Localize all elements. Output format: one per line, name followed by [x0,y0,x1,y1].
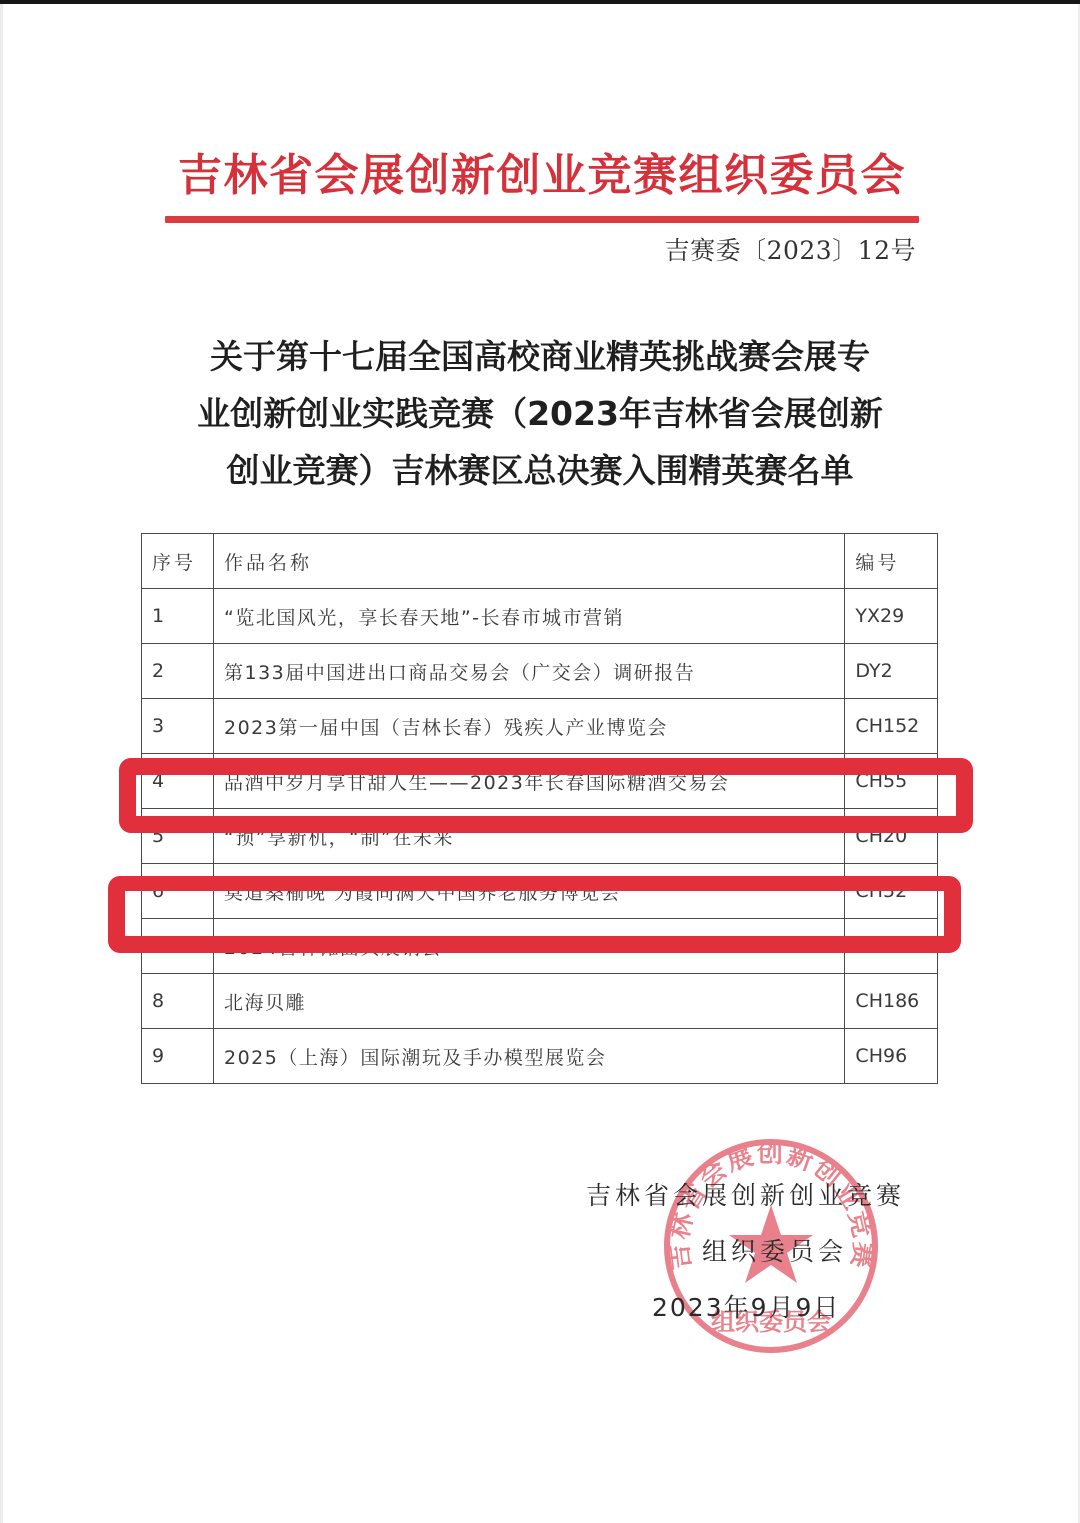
row-seq: 2 [142,644,214,699]
row-seq: 8 [142,974,214,1029]
table-row: 3 2023第一届中国（吉林长春）残疾人产业博览会 CH152 [142,699,938,754]
row-name: 2025（上海）国际潮玩及手办模型展览会 [213,1029,844,1084]
row-name: 北海贝雕 [213,974,844,1029]
table-row: 5 “预”享新机，“制”在未来 CH20 [142,809,938,864]
notice-title: 关于第十七届全国高校商业精英挑战赛会展专 业创新创业实践竞赛（2023年吉林省会… [160,328,920,499]
row-seq: 1 [142,589,214,644]
row-code: CH20 [845,809,938,864]
table-row: 8 北海贝雕 CH186 [142,974,938,1029]
row-name: 品酒中岁月享甘甜人生——2023年长春国际糖酒交易会 [213,754,844,809]
letterhead-organization: 吉林省会展创新创业竞赛组织委员会 [160,148,924,204]
row-code: CH55 [845,754,938,809]
row-code: CH96 [845,1029,938,1084]
row-name: “预”享新机，“制”在未来 [213,809,844,864]
row-code: CH52 [845,864,938,919]
letterhead-divider [165,216,919,223]
row-code: DY2 [845,644,938,699]
signature-org-line-1: 吉林省会展创新创业竞赛 [560,1168,920,1224]
table-row: 9 2025（上海）国际潮玩及手办模型展览会 CH96 [142,1029,938,1084]
row-code: YX29 [845,589,938,644]
table-row-highlighted: 6 莫道桑榆晚 为霞尚满天中国养老服务博览会 CH52 [142,864,938,919]
row-seq: 3 [142,699,214,754]
row-seq: 7 [142,919,214,974]
notice-title-line-2: 业创新创业实践竞赛（2023年吉林省会展创新 [160,385,920,442]
table-row: 2 第133届中国进出口商品交易会（广交会）调研报告 DY2 [142,644,938,699]
signature-block: 吉林省会展创新创业竞赛 组织委员会 2023年9月9日 [560,1168,920,1336]
page-edge-left [0,4,3,1523]
document-number: 吉赛委〔2023〕12号 [665,233,916,269]
header-name: 作品名称 [213,534,844,589]
row-name: 2024吉林傩面具展销会 [213,919,844,974]
row-name: “览北国风光，享长春天地”-长春市城市营销 [213,589,844,644]
signature-date: 2023年9月9日 [560,1280,920,1336]
row-name: 2023第一届中国（吉林长春）残疾人产业博览会 [213,699,844,754]
table-header-row: 序号 作品名称 编号 [142,534,938,589]
row-seq: 5 [142,809,214,864]
signature-org-line-2: 组织委员会 [560,1224,920,1280]
row-seq: 6 [142,864,214,919]
header-code: 编号 [845,534,938,589]
notice-title-line-3: 创业竞赛）吉林赛区总决赛入围精英赛名单 [160,442,920,499]
notice-title-line-1: 关于第十七届全国高校商业精英挑战赛会展专 [160,328,920,385]
header-seq: 序号 [142,534,214,589]
row-code: CH185 [845,919,938,974]
table-row-highlighted: 4 品酒中岁月享甘甜人生——2023年长春国际糖酒交易会 CH55 [142,754,938,809]
table-row: 1 “览北国风光，享长春天地”-长春市城市营销 YX29 [142,589,938,644]
row-seq: 4 [142,754,214,809]
row-name: 第133届中国进出口商品交易会（广交会）调研报告 [213,644,844,699]
row-code: CH186 [845,974,938,1029]
status-bar-edge [0,0,1080,4]
row-name: 莫道桑榆晚 为霞尚满天中国养老服务博览会 [213,864,844,919]
table-row: 7 2024吉林傩面具展销会 CH185 [142,919,938,974]
shortlist-table: 序号 作品名称 编号 1 “览北国风光，享长春天地”-长春市城市营销 YX29 … [141,533,938,1084]
row-seq: 9 [142,1029,214,1084]
row-code: CH152 [845,699,938,754]
